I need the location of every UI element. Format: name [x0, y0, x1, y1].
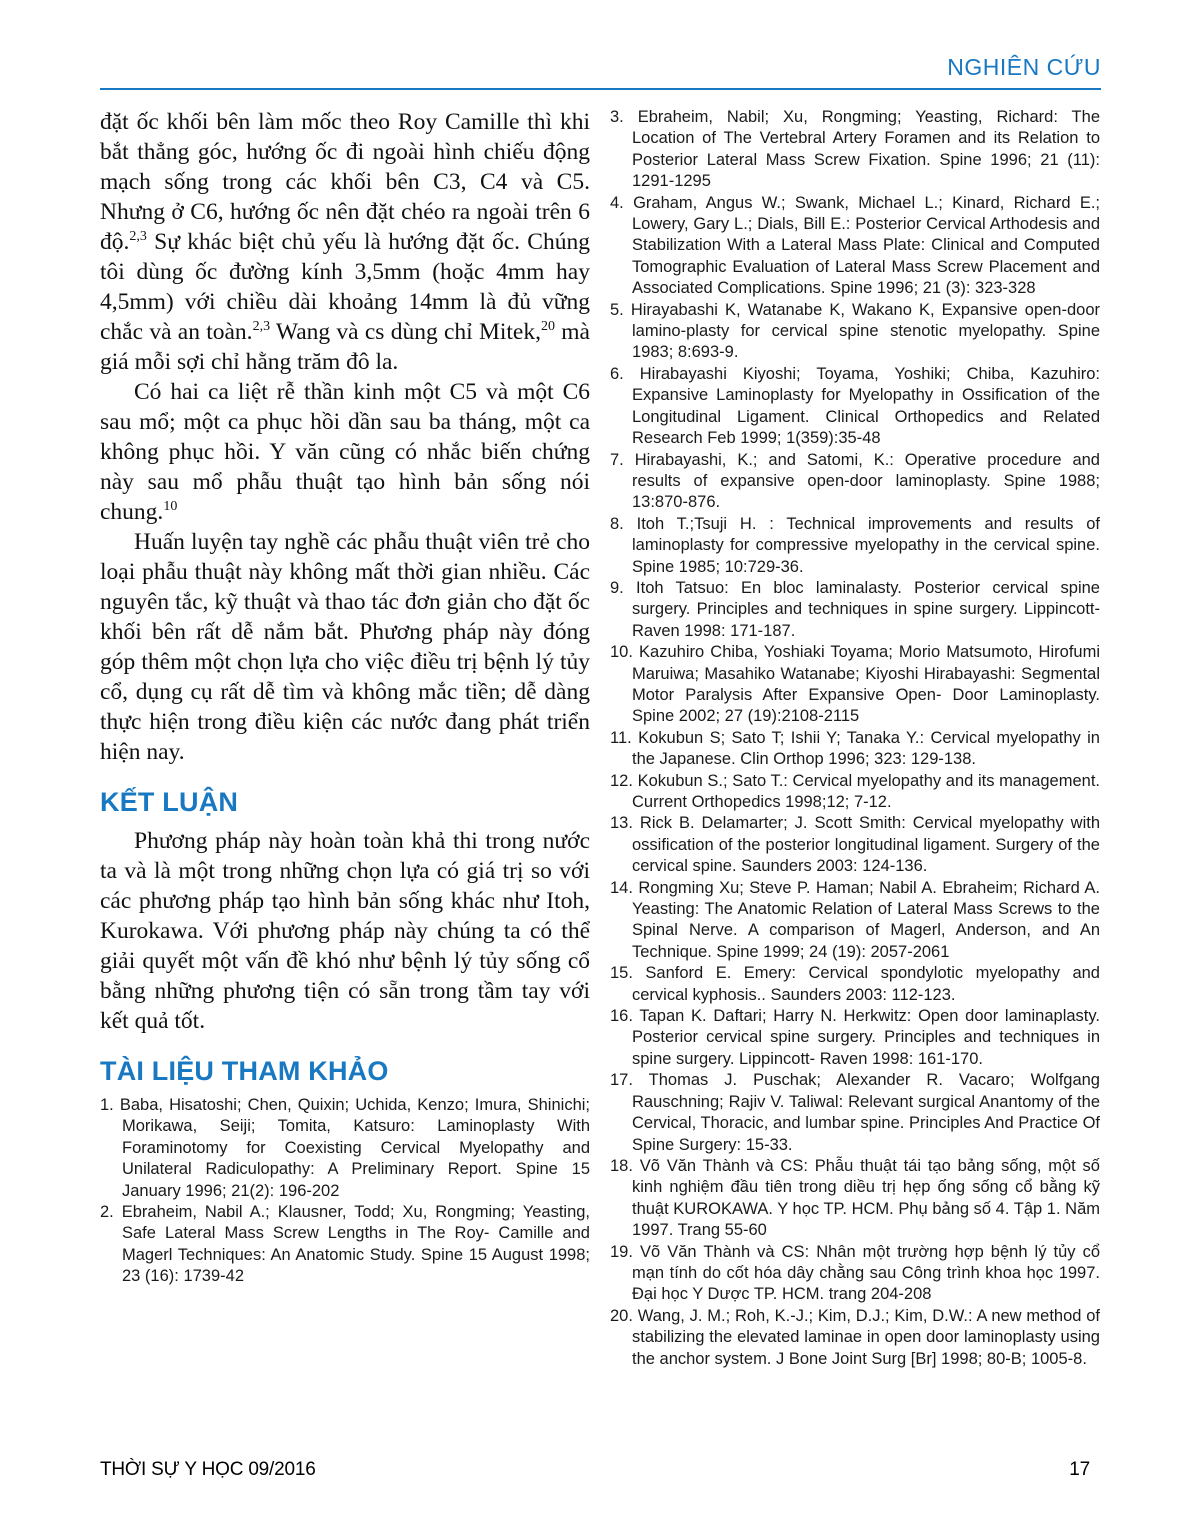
reference-item: 17. Thomas J. Puschak; Alexander R. Vaca… [610, 1070, 1100, 1156]
reference-number: 4. [610, 194, 624, 212]
two-column-layout: đặt ốc khối bên làm mốc theo Roy Camille… [100, 107, 1101, 1370]
reference-text: Itoh Tatsuo: En bloc laminalasty. Poster… [632, 579, 1100, 640]
paragraph-training: Huấn luyện tay nghề các phẫu thuật viên … [100, 527, 590, 767]
reference-item: 18. Võ Văn Thành và CS: Phẫu thuật tái t… [610, 1156, 1100, 1242]
reference-list-left: 1. Baba, Hisatoshi; Chen, Quixin; Uchida… [100, 1095, 590, 1288]
section-heading-references: TÀI LIỆU THAM KHẢO [100, 1056, 590, 1087]
reference-number: 20. [610, 1307, 633, 1325]
reference-item: 1. Baba, Hisatoshi; Chen, Quixin; Uchida… [100, 1095, 590, 1202]
column-left: đặt ốc khối bên làm mốc theo Roy Camille… [100, 107, 590, 1370]
reference-text: Võ Văn Thành và CS: Phẫu thuật tái tạo b… [632, 1157, 1100, 1239]
reference-number: 6. [610, 365, 624, 383]
citation-superscript: 20 [541, 319, 555, 334]
reference-text: Itoh T.;Tsuji H. : Technical improvement… [632, 515, 1100, 576]
reference-text: Rongming Xu; Steve P. Haman; Nabil A. Eb… [632, 879, 1100, 961]
reference-item: 10. Kazuhiro Chiba, Yoshiaki Toyama; Mor… [610, 642, 1100, 728]
reference-text: Ebraheim, Nabil A.; Klausner, Todd; Xu, … [122, 1203, 590, 1285]
reference-text: Hirabayashi, K.; and Satomi, K.: Operati… [632, 451, 1100, 512]
section-heading-conclusion: KẾT LUẬN [100, 787, 590, 818]
reference-number: 14. [610, 879, 633, 897]
reference-number: 15. [610, 964, 633, 982]
reference-item: 19. Võ Văn Thành và CS: Nhân một trường … [610, 1242, 1100, 1306]
reference-text: Hirayabashi K, Watanabe K, Wakano K, Exp… [631, 301, 1100, 362]
reference-number: 1. [100, 1096, 114, 1114]
reference-text: Graham, Angus W.; Swank, Michael L.; Kin… [632, 194, 1100, 298]
reference-text: Baba, Hisatoshi; Chen, Quixin; Uchida, K… [120, 1096, 590, 1200]
reference-text: Sanford E. Emery: Cervical spondylotic m… [632, 964, 1100, 1003]
reference-text: Võ Văn Thành và CS: Nhân một trường hợp … [632, 1243, 1100, 1304]
reference-text: Thomas J. Puschak; Alexander R. Vacaro; … [632, 1071, 1100, 1153]
page-footer: THỜI SỰ Y HỌC 09/2016 17 [100, 1459, 1090, 1481]
reference-item: 5. Hirayabashi K, Watanabe K, Wakano K, … [610, 300, 1100, 364]
reference-item: 15. Sanford E. Emery: Cervical spondylot… [610, 963, 1100, 1006]
reference-number: 11. [610, 729, 632, 747]
reference-item: 4. Graham, Angus W.; Swank, Michael L.; … [610, 193, 1100, 300]
reference-number: 13. [610, 814, 633, 832]
footer-journal-name: THỜI SỰ Y HỌC 09/2016 [100, 1459, 316, 1481]
reference-number: 5. [610, 301, 624, 319]
running-header-label: NGHIÊN CỨU [947, 54, 1101, 80]
citation-superscript: 10 [163, 499, 177, 514]
page-content: NGHIÊN CỨU đặt ốc khối bên làm mốc theo … [100, 54, 1101, 1370]
reference-item: 20. Wang, J. M.; Roh, K.-J.; Kim, D.J.; … [610, 1306, 1100, 1370]
paragraph-screw-placement: đặt ốc khối bên làm mốc theo Roy Camille… [100, 107, 590, 377]
paragraph-conclusion: Phương pháp này hoàn toàn khả thi trong … [100, 826, 590, 1036]
reference-number: 18. [610, 1157, 633, 1175]
reference-item: 8. Itoh T.;Tsuji H. : Technical improvem… [610, 514, 1100, 578]
reference-item: 13. Rick B. Delamarter; J. Scott Smith: … [610, 813, 1100, 877]
footer-page-number: 17 [1069, 1459, 1090, 1481]
reference-item: 9. Itoh Tatsuo: En bloc laminalasty. Pos… [610, 578, 1100, 642]
reference-text: Wang, J. M.; Roh, K.-J.; Kim, D.J.; Kim,… [632, 1307, 1100, 1368]
citation-superscript: 2,3 [253, 319, 271, 334]
reference-text: Rick B. Delamarter; J. Scott Smith: Cerv… [632, 814, 1100, 875]
reference-list-right: 3. Ebraheim, Nabil; Xu, Rongming; Yeasti… [610, 107, 1100, 1370]
reference-text: Kokubun S; Sato T; Ishii Y; Tanaka Y.: C… [632, 729, 1100, 768]
reference-number: 10. [610, 643, 633, 661]
reference-number: 3. [610, 108, 624, 126]
reference-item: 6. Hirabayashi Kiyoshi; Toyama, Yoshiki;… [610, 364, 1100, 450]
reference-text: Kokubun S.; Sato T.: Cervical myelopathy… [632, 772, 1100, 811]
reference-number: 2. [100, 1203, 114, 1221]
reference-number: 16. [610, 1007, 633, 1025]
journal-page: NGHIÊN CỨU đặt ốc khối bên làm mốc theo … [0, 0, 1189, 1539]
reference-number: 9. [610, 579, 624, 597]
reference-item: 12. Kokubun S.; Sato T.: Cervical myelop… [610, 771, 1100, 814]
running-header: NGHIÊN CỨU [100, 54, 1101, 90]
reference-item: 14. Rongming Xu; Steve P. Haman; Nabil A… [610, 878, 1100, 964]
citation-superscript: 2,3 [129, 229, 147, 244]
reference-text: Kazuhiro Chiba, Yoshiaki Toyama; Morio M… [632, 643, 1100, 725]
reference-item: 7. Hirabayashi, K.; and Satomi, K.: Oper… [610, 450, 1100, 514]
reference-item: 2. Ebraheim, Nabil A.; Klausner, Todd; X… [100, 1202, 590, 1288]
reference-number: 12. [610, 772, 633, 790]
reference-number: 19. [610, 1243, 633, 1261]
reference-number: 7. [610, 451, 624, 469]
reference-item: 11. Kokubun S; Sato T; Ishii Y; Tanaka Y… [610, 728, 1100, 771]
reference-text: Tapan K. Daftari; Harry N. Herkwitz: Ope… [632, 1007, 1100, 1068]
reference-number: 17. [610, 1071, 633, 1089]
reference-item: 16. Tapan K. Daftari; Harry N. Herkwitz:… [610, 1006, 1100, 1070]
column-right: 3. Ebraheim, Nabil; Xu, Rongming; Yeasti… [610, 107, 1100, 1370]
paragraph-complications: Có hai ca liệt rễ thần kinh một C5 và mộ… [100, 377, 590, 527]
reference-item: 3. Ebraheim, Nabil; Xu, Rongming; Yeasti… [610, 107, 1100, 193]
reference-number: 8. [610, 515, 624, 533]
reference-text: Hirabayashi Kiyoshi; Toyama, Yoshiki; Ch… [632, 365, 1100, 447]
reference-text: Ebraheim, Nabil; Xu, Rongming; Yeasting,… [632, 108, 1100, 190]
